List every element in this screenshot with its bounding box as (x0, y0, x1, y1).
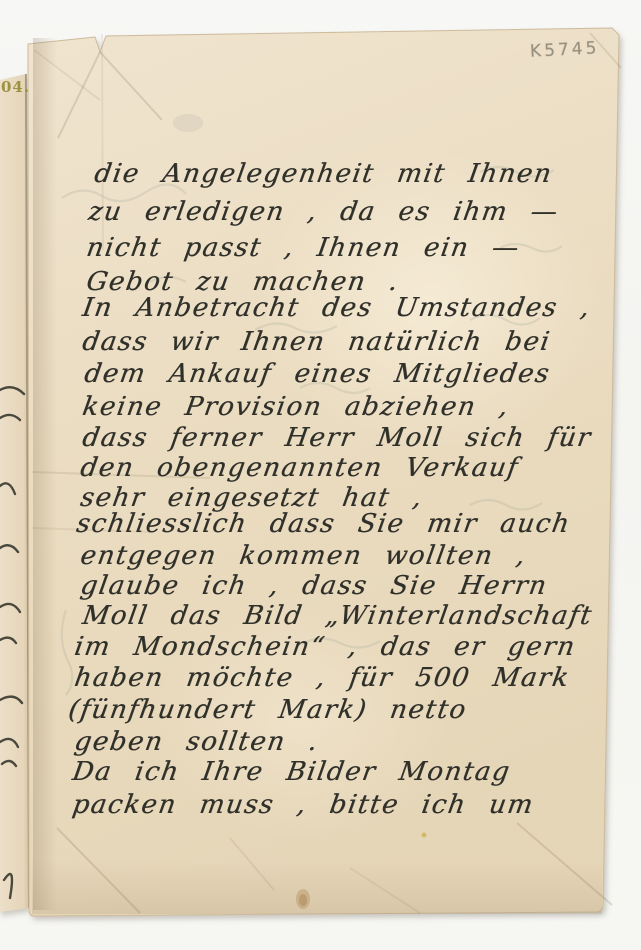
handwriting-line: Moll das Bild „Winterlandschaft (80, 600, 595, 633)
scanned-letter-screenshot: { "page": { "kind": "handwritten letter … (0, 0, 641, 950)
handwriting-line: glaube ich , dass Sie Herrn (78, 570, 550, 603)
handwriting-line: In Anbetracht des Umstandes , (80, 292, 593, 325)
handwriting-line: nicht passt , Ihnen ein — (84, 232, 522, 265)
handwriting-line: den obengenannten Verkauf (78, 452, 521, 485)
handwriting-line: packen muss , bitte ich um (70, 789, 536, 822)
handwriting-line: zu erledigen , da es ihm — (86, 196, 561, 229)
handwriting-line: (fünfhundert Mark) netto (66, 694, 469, 727)
handwriting-line: dass wir Ihnen natürlich bei (80, 326, 553, 359)
handwriting-line: im Mondschein“ , das er gern (72, 631, 578, 664)
handwriting-line: die Angelegenheit mit Ihnen (92, 158, 555, 191)
handwriting-line: schliesslich dass Sie mir auch (74, 508, 573, 541)
handwriting-line: entgegen kommen wollten , (78, 540, 529, 573)
letter-page-content: K5745 die Angelegenheit mit Ihnen zu erl… (30, 28, 616, 916)
handwriting-line: dass ferner Herr Moll sich für (80, 422, 594, 455)
handwriting-line: dem Ankauf eines Mitgliedes (82, 358, 553, 391)
handwriting-line: Da ich Ihre Bilder Montag (70, 756, 513, 789)
handwriting-line: keine Provision abziehen , (80, 391, 512, 424)
handwriting-line: geben sollten . (72, 726, 321, 759)
handwriting-line: haben möchte , für 500 Mark (72, 662, 572, 695)
printed-margin-number: 04. (1, 78, 30, 96)
scan-background: 04. K5745 die Angelegenheit mit Ihnen zu… (0, 0, 641, 950)
catalog-number-pencil: K5745 (530, 38, 600, 62)
